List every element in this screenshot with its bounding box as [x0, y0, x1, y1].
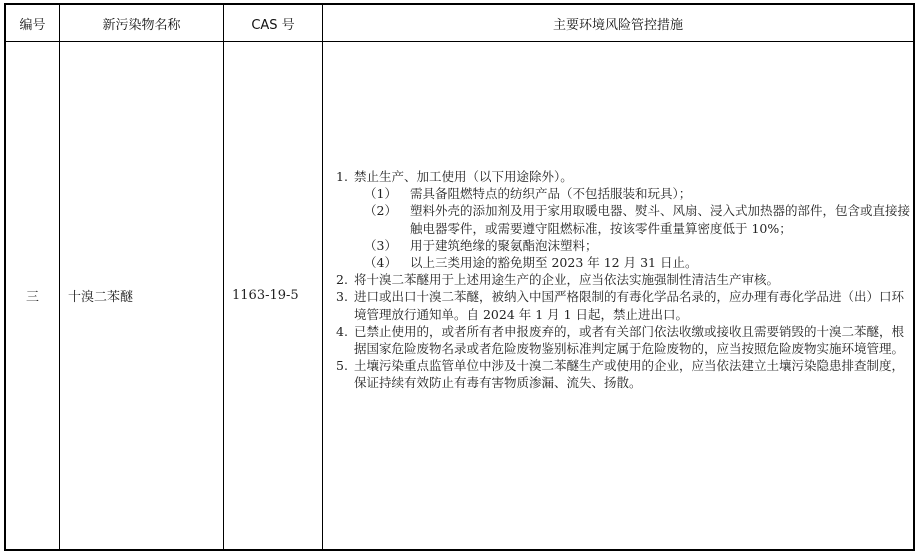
- item-number: 3.: [336, 288, 354, 322]
- row-number: 三: [6, 42, 59, 549]
- item-text: 已禁止使用的，或者所有者申报废弃的，或者有关部门依法收缴或接收且需要销毁的十溴二…: [354, 323, 910, 357]
- item-text: 将十溴二苯醚用于上述用途生产的企业，应当依法实施强制性清洁生产审核。: [354, 271, 910, 288]
- row-name: 十溴二苯醚: [68, 42, 218, 549]
- column-divider-2: [223, 5, 224, 549]
- measure-item-4: 4. 已禁止使用的，或者所有者申报废弃的，或者有关部门依法收缴或接收且需要销毁的…: [336, 323, 910, 357]
- sub-text: 以上三类用途的豁免期至 2023 年 12 月 31 日止。: [410, 254, 910, 271]
- measure-item-1: 1. 禁止生产、加工使用（以下用途除外）。: [336, 168, 910, 185]
- item-number: 5.: [336, 357, 354, 391]
- item-text: 进口或出口十溴二苯醚，被纳入中国严格限制的有毒化学品名录的，应办理有毒化学品进（…: [354, 288, 910, 322]
- header-measures: 主要环境风险管控措施: [323, 5, 913, 41]
- header-number: 编号: [6, 5, 59, 41]
- item-number: 1.: [336, 168, 354, 185]
- column-divider-1: [59, 5, 60, 549]
- sub-number: （4）: [364, 254, 410, 271]
- row-cas: 1163-19-5: [232, 42, 320, 549]
- sub-item-4: （4） 以上三类用途的豁免期至 2023 年 12 月 31 日止。: [336, 254, 910, 271]
- sub-text: 用于建筑绝缘的聚氨酯泡沫塑料；: [410, 237, 910, 254]
- column-divider-3: [322, 5, 323, 549]
- sub-item-1: （1） 需具备阻燃特点的纺织产品（不包括服装和玩具）；: [336, 185, 910, 202]
- item-text: 土壤污染重点监管单位中涉及十溴二苯醚生产或使用的企业，应当依法建立土壤污染隐患排…: [354, 357, 910, 391]
- measure-item-5: 5. 土壤污染重点监管单位中涉及十溴二苯醚生产或使用的企业，应当依法建立土壤污染…: [336, 357, 910, 391]
- measures-list: 1. 禁止生产、加工使用（以下用途除外）。 （1） 需具备阻燃特点的纺织产品（不…: [336, 168, 910, 392]
- sub-number: （1）: [364, 185, 410, 202]
- sub-number: （3）: [364, 237, 410, 254]
- sub-text: 塑料外壳的添加剂及用于家用取暖电器、熨斗、风扇、浸入式加热器的部件，包含或直接接…: [410, 202, 910, 236]
- sub-item-2: （2） 塑料外壳的添加剂及用于家用取暖电器、熨斗、风扇、浸入式加热器的部件，包含…: [336, 202, 910, 236]
- sub-item-3: （3） 用于建筑绝缘的聚氨酯泡沫塑料；: [336, 237, 910, 254]
- header-cas: CAS 号: [224, 5, 322, 41]
- measure-item-2: 2. 将十溴二苯醚用于上述用途生产的企业，应当依法实施强制性清洁生产审核。: [336, 271, 910, 288]
- sub-text: 需具备阻燃特点的纺织产品（不包括服装和玩具）；: [410, 185, 910, 202]
- sub-number: （2）: [364, 202, 410, 236]
- header-name: 新污染物名称: [60, 5, 223, 41]
- measure-item-3: 3. 进口或出口十溴二苯醚，被纳入中国严格限制的有毒化学品名录的，应办理有毒化学…: [336, 288, 910, 322]
- item-number: 2.: [336, 271, 354, 288]
- item-text: 禁止生产、加工使用（以下用途除外）。: [354, 168, 910, 185]
- item-number: 4.: [336, 323, 354, 357]
